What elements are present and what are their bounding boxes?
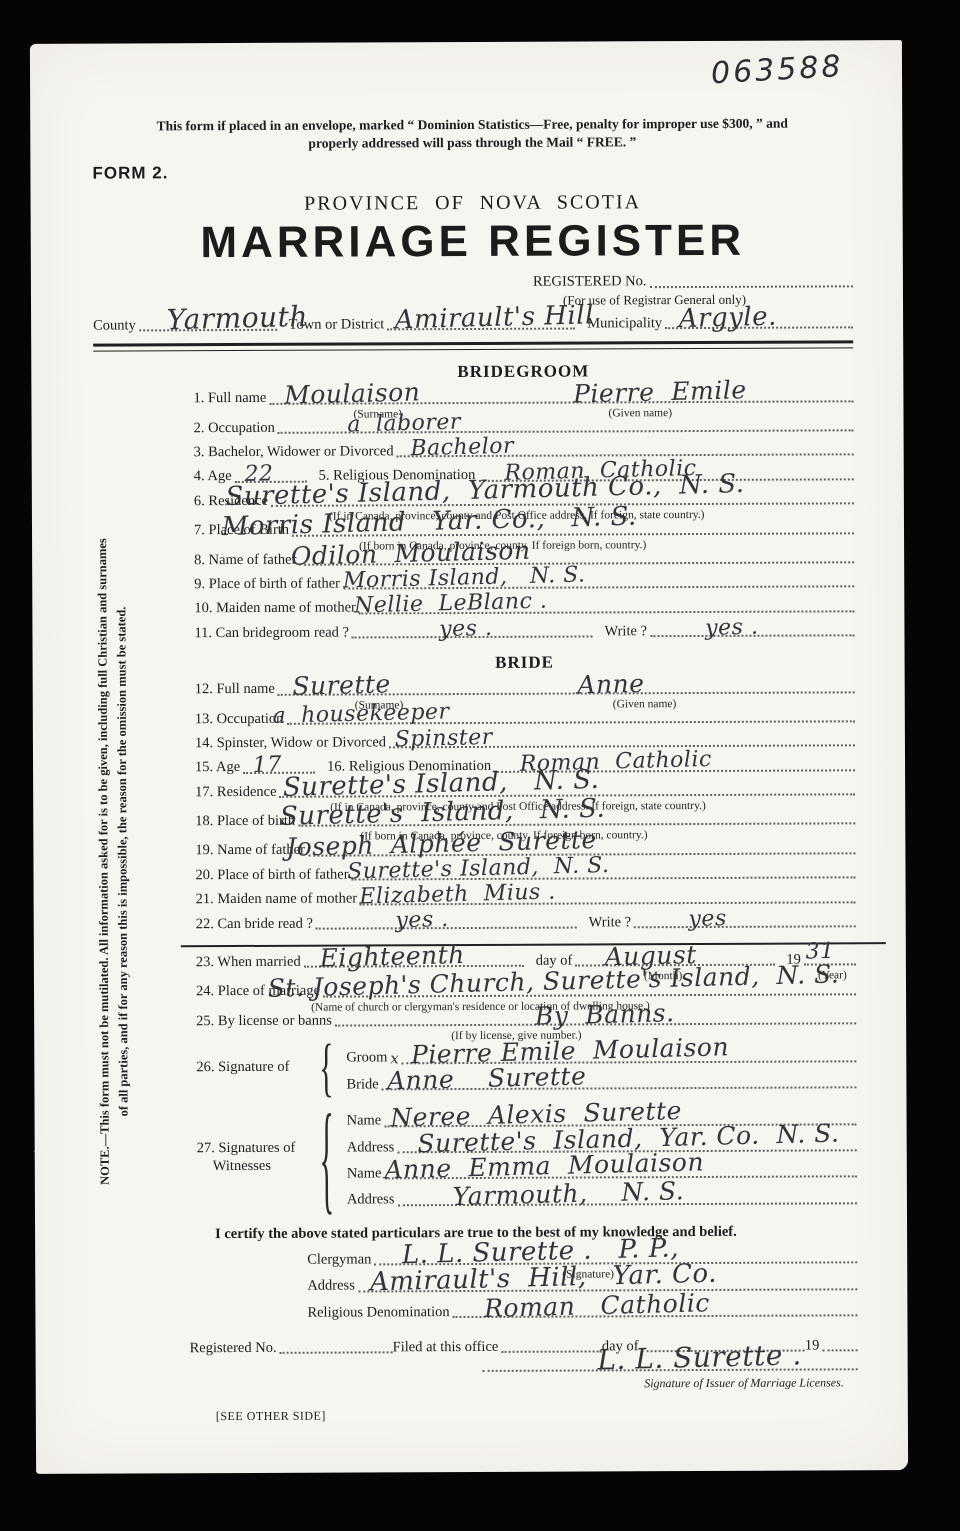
bride-label: Bride	[346, 1076, 381, 1094]
scanned-document-background: 063588 This form if placed in an envelop…	[0, 0, 960, 1531]
groom-signature-line: Pierre Emile Moulaison	[401, 1060, 856, 1064]
field-line: Surette's Island, N. S.	[352, 877, 856, 881]
bride-signature-line: Anne Surette	[382, 1086, 857, 1090]
field-label: 10. Maiden name of mother	[194, 600, 359, 618]
field-label: 21. Maiden name of mother	[196, 891, 361, 909]
denomination-label: Religious Denomination	[307, 1304, 452, 1322]
license-or-banns-row: 25. By license or banns By Banns.	[196, 1010, 856, 1030]
field-line: Moulaison Pierre Emile	[269, 400, 853, 405]
county-label: County	[93, 317, 139, 335]
issuer-signature: L. L. Surette .	[597, 1342, 802, 1375]
name-label: Name	[347, 1113, 385, 1131]
field-line: St. Joseph's Church, Surette's Island, N…	[323, 993, 856, 997]
handwritten-value: a housekeeper	[272, 701, 449, 727]
issuer-signature-line: L. L. Surette .	[483, 1369, 858, 1373]
bride-given-name: Anne	[577, 670, 645, 697]
handwritten-value: Elizabeth Mius .	[360, 881, 557, 908]
side-note: NOTE.—This form must not be mutilated. A…	[93, 536, 152, 1186]
field-line: Surette Anne	[278, 691, 855, 696]
address-label: Address	[347, 1139, 398, 1157]
field-label: 1. Full name	[193, 390, 269, 408]
envelope-note-line2: properly addressed will pass through the…	[122, 133, 822, 154]
denomination-row: Religious Denomination Roman Catholic	[307, 1302, 857, 1322]
witness2-address-line: Yarmouth, N. S.	[397, 1202, 856, 1206]
field-label: 17. Residence	[195, 784, 279, 802]
filed-label: Filed at this office	[393, 1339, 502, 1357]
registered-no-line	[280, 1352, 393, 1354]
bride-full-name-row: 12. Full name Surette Anne	[195, 678, 855, 698]
read-value: yes .	[439, 618, 493, 641]
bride-signature-row: Bride Anne Surette	[346, 1074, 856, 1094]
bridegroom-full-name-row: 1. Full name Moulaison Pierre Emile	[193, 388, 853, 408]
name-label: Name	[347, 1165, 385, 1183]
field-line: Morris Island Yar. Co., N. S.	[292, 532, 854, 536]
witnesses-group: 27. Signatures of Witnesses { Name Neree…	[197, 1102, 857, 1210]
witness2-address-row: Address Yarmouth, N. S.	[347, 1190, 857, 1210]
witnesses-label-line1: 27. Signatures of	[197, 1139, 315, 1158]
county-value: Yarmouth	[166, 303, 308, 335]
field-line: a housekeeper	[286, 720, 854, 724]
registered-no-line	[650, 285, 853, 288]
town-district-value: Amirault's Hill	[395, 303, 595, 334]
year-prefix: 19	[805, 1337, 823, 1354]
handwritten-value: Nellie LeBlanc .	[354, 590, 548, 617]
handwritten-value: By Banns.	[534, 1000, 674, 1029]
field-line: By Banns.	[335, 1023, 856, 1027]
groom-signature-row: Groom x Pierre Emile Moulaison	[346, 1047, 856, 1067]
witnesses-label-line2: Witnesses	[197, 1157, 315, 1176]
envelope-note: This form if placed in an envelope, mark…	[122, 114, 822, 153]
bridegroom-status-row: 3. Bachelor, Widower or Divorced Bachelo…	[194, 441, 854, 461]
witnesses-label: 27. Signatures of Witnesses	[197, 1139, 315, 1176]
field-label: 9. Place of birth of father	[194, 576, 343, 594]
bridegroom-literacy-row: 11. Can bridegroom read ? yes . Write ? …	[194, 622, 854, 642]
write-label: Write ?	[577, 914, 635, 932]
registered-no-row: REGISTERED No.	[533, 273, 853, 292]
field-label: 20. Place of birth of father	[195, 866, 351, 884]
marriage-section-divider	[181, 942, 886, 947]
field-line: a laborer	[278, 429, 854, 434]
bride-status-row: 14. Spinster, Widow or Divorced Spinster	[195, 732, 855, 752]
form-number-label: FORM 2.	[92, 161, 852, 184]
registered-no-label: REGISTERED No.	[533, 274, 650, 292]
registered-no-label: Registered No.	[190, 1340, 280, 1358]
issuer-signature-block: L. L. Surette . Signature of Issuer of M…	[483, 1369, 858, 1393]
handwritten-value: Surette's Island, N. S.	[347, 855, 610, 884]
signature-of-label: 26. Signature of	[196, 1058, 314, 1077]
signature-of-group: 26. Signature of { Groom x Pierre Emile …	[196, 1036, 856, 1097]
write-label: Write ?	[592, 623, 650, 641]
field-label: 23. When married	[196, 954, 304, 972]
bride-occupation-row: 13. Occupation a housekeeper	[195, 708, 855, 728]
section-divider	[93, 341, 853, 352]
bridegroom-occupation-row: 2. Occupation a laborer	[194, 417, 854, 437]
field-label: 2. Occupation	[194, 419, 278, 437]
document-title: MARRIAGE REGISTER	[93, 216, 853, 269]
field-line: Nellie LeBlanc .	[359, 610, 855, 614]
jurisdiction-row: County Yarmouth Town or District Amiraul…	[93, 314, 853, 335]
field-label: 8. Name of father	[194, 551, 299, 569]
filed-line	[501, 1351, 602, 1353]
bridegroom-given-name: Pierre Emile	[572, 377, 746, 406]
field-label: 12. Full name	[195, 681, 278, 699]
address-label: Address	[307, 1278, 358, 1296]
field-label: 14. Spinster, Widow or Divorced	[195, 734, 389, 752]
year-line	[822, 1350, 857, 1352]
witness2-address: Yarmouth, N. S.	[452, 1178, 684, 1209]
write-line: yes .	[650, 634, 854, 637]
field-line: Elizabeth Mius .	[360, 901, 856, 905]
certification-block: Clergyman L. L. Surette . P. P., (Signat…	[197, 1249, 857, 1322]
field-line: Spinster	[389, 745, 855, 749]
bride-mother-row: 21. Maiden name of mother Elizabeth Mius…	[196, 889, 856, 909]
brace-decoration: {	[319, 1086, 334, 1228]
field-label: 11. Can bridegroom read ?	[194, 624, 352, 642]
envelope-note-line1: This form if placed in an envelope, mark…	[122, 114, 822, 135]
given-name-sublabel: (Given name)	[608, 407, 672, 419]
municipality-line: Argyle.	[665, 327, 853, 330]
field-line: Morris Island, N. S.	[343, 586, 854, 590]
read-line: yes .	[352, 636, 593, 639]
issuer-signature-row: L. L. Surette .	[483, 1369, 858, 1376]
handwritten-value: Morris Island, N. S.	[342, 565, 585, 593]
see-other-side-note: [SEE OTHER SIDE]	[216, 1407, 858, 1425]
address-label: Address	[347, 1192, 398, 1210]
field-label: 25. By license or banns	[196, 1012, 335, 1030]
issuer-caption: Signature of Issuer of Marriage Licenses…	[483, 1376, 858, 1393]
groom-label: Groom	[346, 1049, 390, 1067]
place-of-marriage-row: 24. Place of marriage St. Joseph's Churc…	[196, 981, 856, 1001]
town-district-line: Amirault's Hill	[387, 328, 575, 331]
denomination-line: Roman Catholic	[453, 1314, 858, 1318]
read-value: yes .	[395, 909, 449, 932]
day-value: Eighteenth	[319, 942, 465, 971]
handwritten-value: a laborer	[347, 412, 461, 437]
write-value: yes	[689, 908, 728, 931]
municipality-value: Argyle.	[679, 304, 778, 332]
groom-mark: x	[390, 1049, 399, 1067]
handwritten-value: Spinster	[394, 727, 493, 751]
read-line: yes .	[316, 927, 577, 930]
marriage-register-document: 063588 This form if placed in an envelop…	[30, 40, 908, 1474]
write-line: yes	[634, 925, 856, 928]
given-name-sublabel: (Given name)	[613, 698, 677, 710]
bridegroom-surname: Moulaison	[284, 379, 421, 407]
field-label: 3. Bachelor, Widower or Divorced	[194, 443, 397, 461]
handwritten-value: Bachelor	[410, 436, 514, 461]
bride-surname: Surette	[292, 671, 391, 698]
county-line: Yarmouth	[139, 329, 277, 332]
bride-literacy-row: 22. Can bride read ? yes . Write ? yes	[196, 913, 856, 933]
denomination-value: Roman Catholic	[484, 1290, 710, 1321]
field-label: 22. Can bride read ?	[196, 915, 316, 933]
write-value: yes .	[704, 617, 758, 640]
bride-age-value: 17	[253, 754, 283, 777]
clergyman-label: Clergyman	[307, 1251, 374, 1269]
field-label: 15. Age	[195, 759, 243, 777]
film-number: 063588	[711, 49, 845, 91]
bride-signature: Anne Surette	[387, 1063, 587, 1093]
province-heading: PROVINCE OF NOVA SCOTIA	[93, 191, 853, 217]
